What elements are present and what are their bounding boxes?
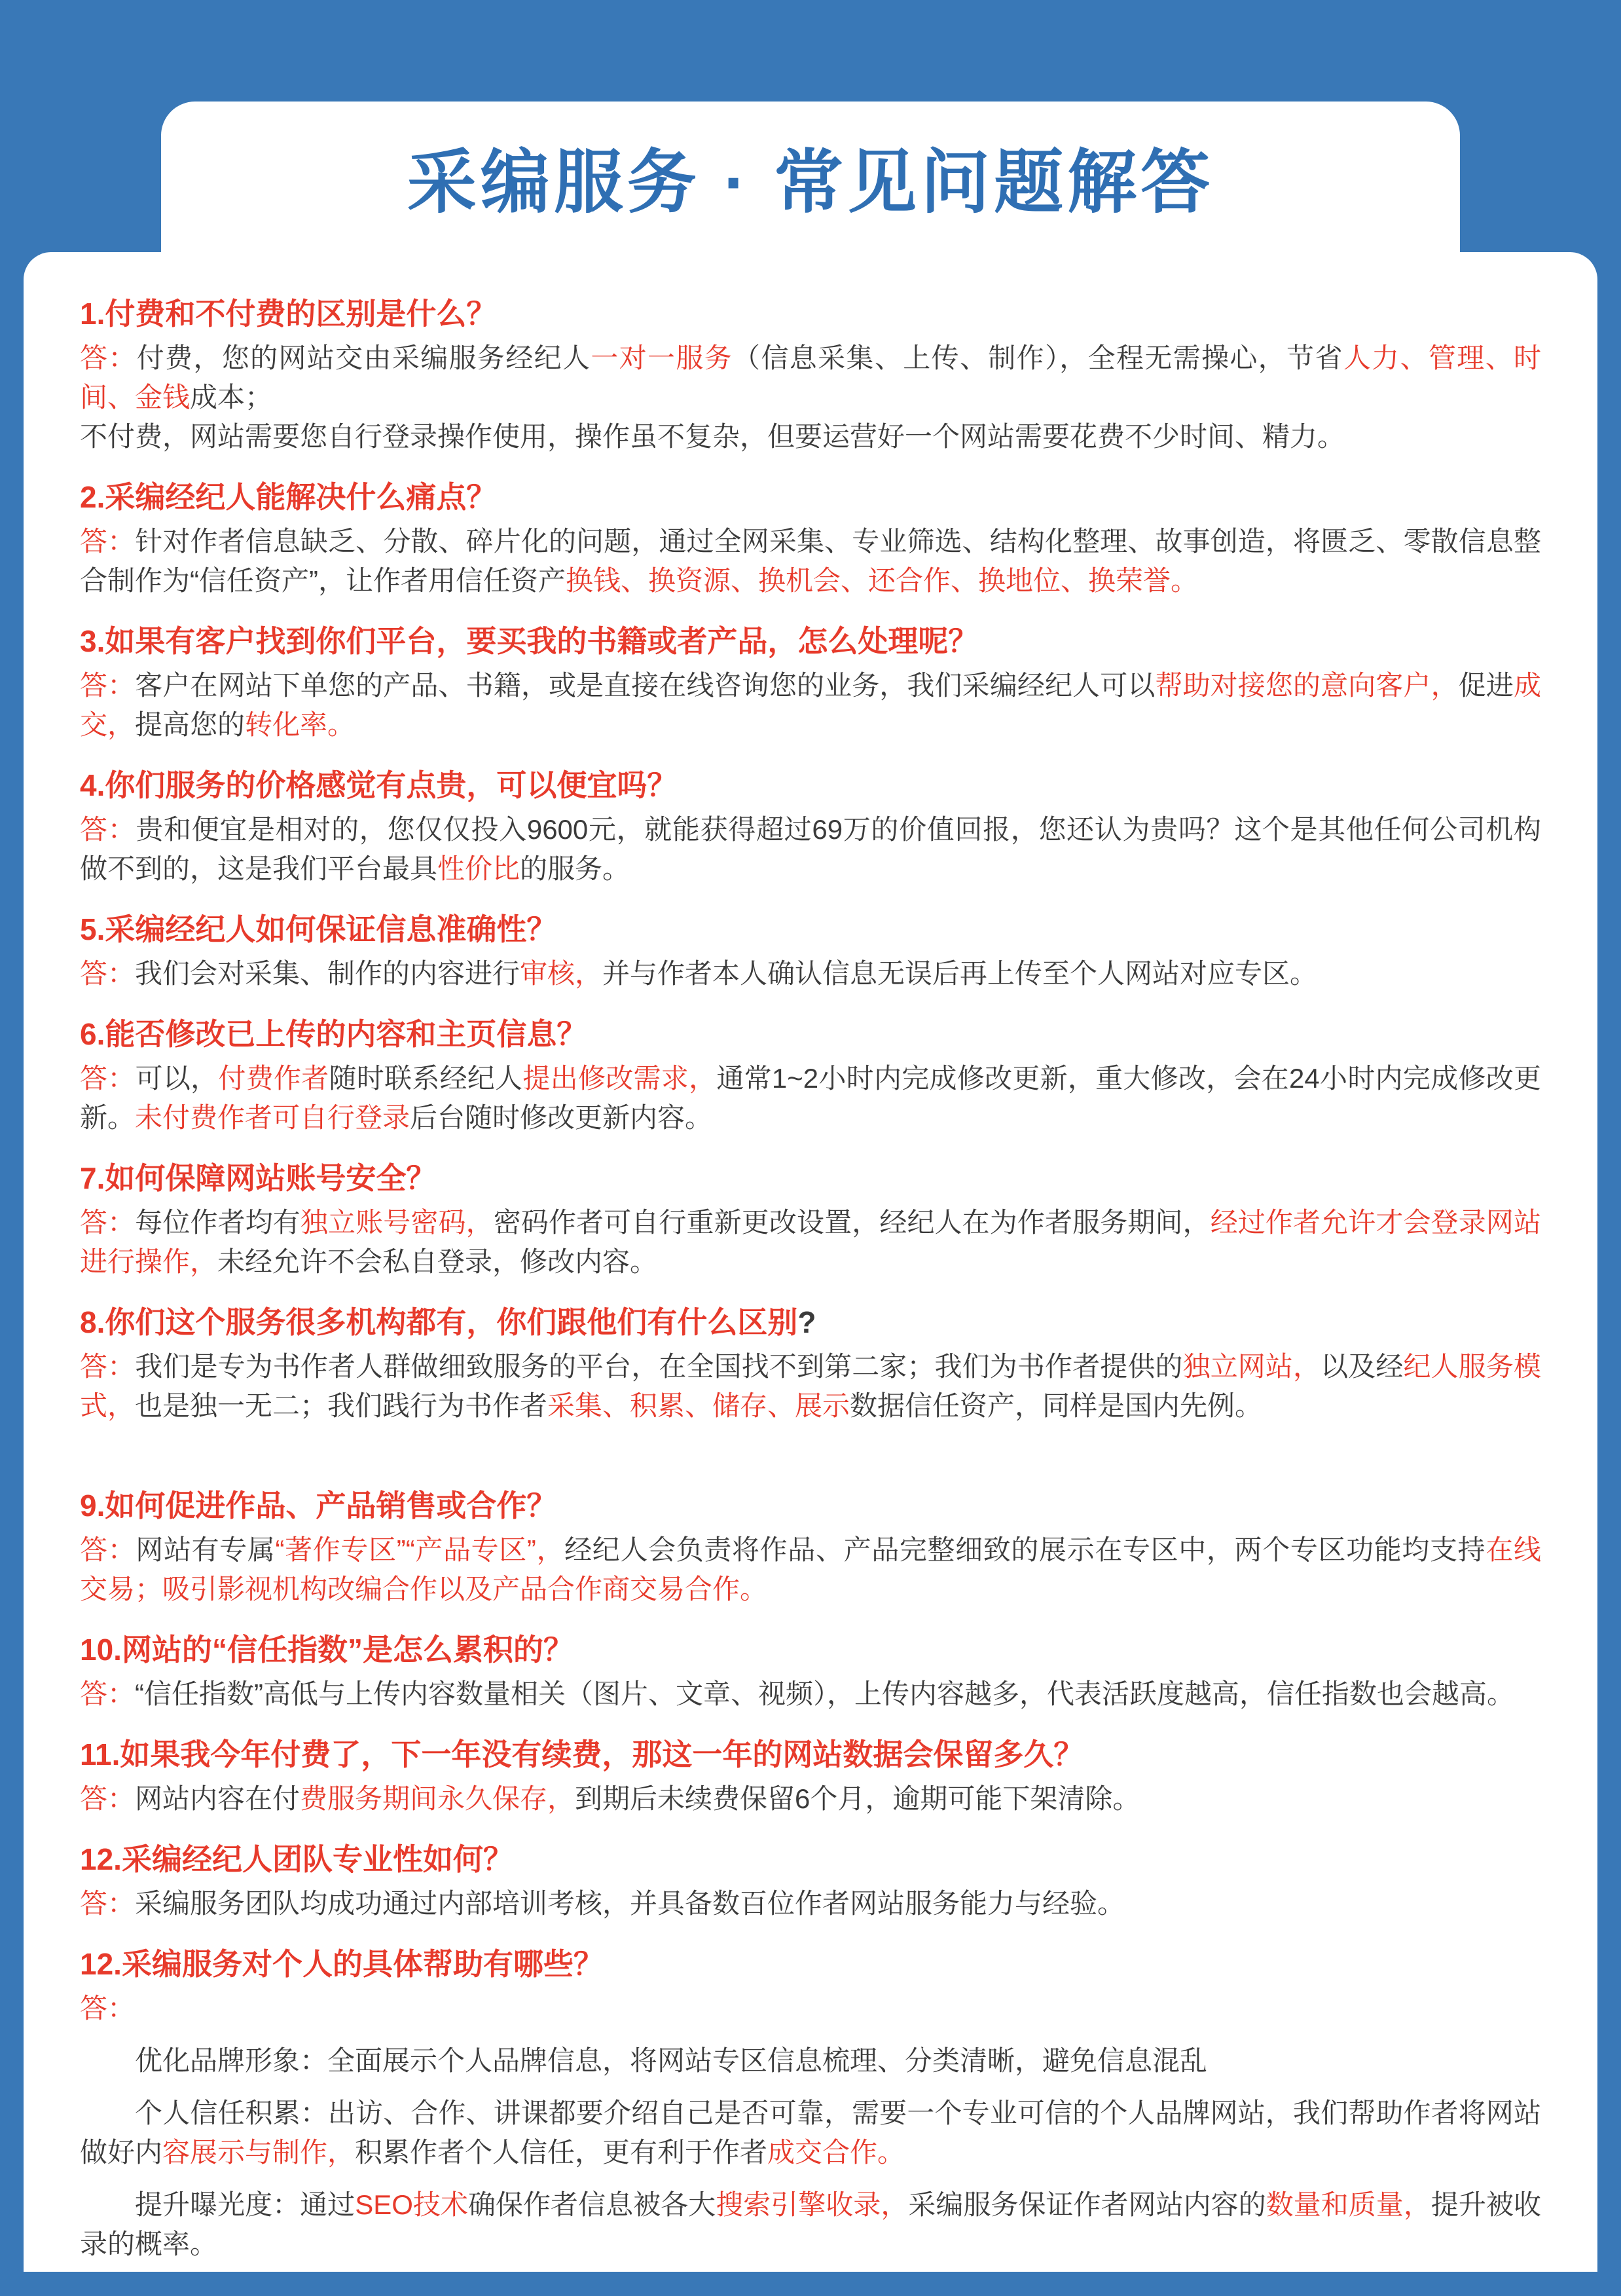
text-run: 成交合作。 [767,2137,905,2168]
text-run: 11.如果我今年付费了，下一年没有续费，那这一年的网站数据会保留多久？ [80,1737,1084,1771]
text-run: “信任指数”高低与上传内容数量相关（图片、文章、视频），上传内容越多，代表活跃度… [135,1678,1514,1709]
faq-question: 12.采编服务对个人的具体帮助有哪些？ [80,1944,1541,1984]
text-run: 答： [80,1993,135,2024]
faq-question: 1.付费和不付费的区别是什么？ [80,294,1541,333]
text-run: 答： [80,1888,135,1919]
faq-item: 8.你们这个服务很多机构都有，你们跟他们有什么区别?答：我们是专为书作者人群做细… [80,1303,1541,1426]
text-run: 容展示与制作， [162,2137,355,2168]
faq-question: 6.能否修改已上传的内容和主页信息？ [80,1014,1541,1054]
page-title: 采编服务 · 常见问题解答 [407,127,1214,227]
text-run: 提高您的 [135,709,245,740]
faq-question: 12.采编经纪人团队专业性如何？ [80,1840,1541,1879]
text-run: 换钱、换资源、换机会、还合作、换地位、换荣誉。 [566,565,1198,596]
text-run: 网站内容在付 [135,1783,300,1814]
text-run: 独立网站， [1183,1351,1321,1382]
text-run: 答： [80,1678,135,1709]
text-run: 到期后未续费保留6个月，逾期可能下架清除。 [575,1783,1140,1814]
text-run: 数量和质量， [1266,2189,1431,2220]
faq-answer-paragraph: 答：我们是专为书作者人群做细致服务的平台，在全国找不到第二家；我们为书作者提供的… [80,1347,1541,1426]
text-run: 提出修改需求， [522,1063,716,1094]
text-run: 我们会对采集、制作的内容进行 [135,958,520,989]
text-run: （信息采集、上传、制作），全程无需操心，节省 [733,343,1343,373]
faq-answer-paragraph: 优化品牌形象：全面展示个人品牌信息，将网站专区信息梳理、分类清晰，避免信息混乱 [80,2041,1541,2081]
faq-item: 3.如果有客户找到你们平台，要买我的书籍或者产品，怎么处理呢？答：客户在网站下单… [80,621,1541,745]
text-run: 答： [80,1351,135,1382]
faq-question: 7.如何保障网站账号安全？ [80,1158,1541,1198]
text-run: 促进 [1459,670,1514,701]
faq-answer-paragraph: 答：付费，您的网站交由采编服务经纪人一对一服务（信息采集、上传、制作），全程无需… [80,339,1541,417]
text-run: 10.网站的“信任指数”是怎么累积的？ [80,1633,574,1667]
faq-question: 5.采编经纪人如何保证信息准确性？ [80,910,1541,949]
text-run: 可以， [136,1063,219,1094]
text-run: 2.采编经纪人能解决什么痛点？ [80,480,496,514]
faq-answer-paragraph: 答：我们会对采集、制作的内容进行审核，并与作者本人确认信息无误后再上传至个人网站… [80,954,1541,993]
text-run: 并与作者本人确认信息无误后再上传至个人网站对应专区。 [602,958,1317,989]
text-run: 未经允许不会私自登录，修改内容。 [217,1246,657,1277]
text-run: 付费作者 [218,1063,329,1094]
faq-question: 8.你们这个服务很多机构都有，你们跟他们有什么区别? [80,1303,1541,1342]
text-run: 转化率。 [245,709,355,740]
text-run: 也是独一无二；我们践行为书作者 [135,1390,547,1421]
text-run: 答： [80,958,135,989]
faq-item: 12.采编服务对个人的具体帮助有哪些？答：优化品牌形象：全面展示个人品牌信息，将… [80,1944,1541,2264]
text-run: 密码作者可自行重新更改设置，经纪人在为作者服务期间， [494,1207,1211,1238]
faq-question: 4.你们服务的价格感觉有点贵，可以便宜吗？ [80,766,1541,805]
faq-item: 11.如果我今年付费了，下一年没有续费，那这一年的网站数据会保留多久？答：网站内… [80,1735,1541,1819]
faq-question: 10.网站的“信任指数”是怎么累积的？ [80,1630,1541,1669]
faq-item: 1.付费和不付费的区别是什么？答：付费，您的网站交由采编服务经纪人一对一服务（信… [80,294,1541,456]
faq-answer-paragraph: 答：网站有专属“著作专区”“产品专区”，经纪人会负责将作品、产品完整细致的展示在… [80,1530,1541,1609]
text-run: ? [797,1305,816,1339]
text-run: 4.你们服务的价格感觉有点贵，可以便宜吗？ [80,768,677,802]
faq-answer-paragraph: 答：客户在网站下单您的产品、书籍，或是直接在线咨询您的业务，我们采编经纪人可以帮… [80,666,1541,745]
text-run: 积累作者个人信任，更有利于作者 [355,2137,767,2168]
faq-answer-paragraph: 答：每位作者均有独立账号密码，密码作者可自行重新更改设置，经纪人在为作者服务期间… [80,1203,1541,1282]
text-run: 1.付费和不付费的区别是什么？ [80,297,496,331]
faq-question: 3.如果有客户找到你们平台，要买我的书籍或者产品，怎么处理呢？ [80,621,1541,661]
text-run: 随时联系经纪人 [329,1063,523,1094]
text-run: 8.你们这个服务很多机构都有，你们跟他们有什么区别 [80,1305,797,1339]
faq-item: 10.网站的“信任指数”是怎么累积的？答：“信任指数”高低与上传内容数量相关（图… [80,1630,1541,1714]
text-run: 提升曝光度：通过 [135,2189,355,2220]
text-run: 答： [80,1783,135,1814]
text-run: 答： [80,1063,136,1094]
text-run: 搜索引擎收录， [716,2189,908,2220]
text-run: 5.采编经纪人如何保证信息准确性？ [80,912,556,946]
text-run: 审核， [520,958,602,989]
text-run: 我们是专为书作者人群做细致服务的平台，在全国找不到第二家；我们为书作者提供的 [135,1351,1182,1382]
faq-question: 11.如果我今年付费了，下一年没有续费，那这一年的网站数据会保留多久？ [80,1735,1541,1774]
text-run: 6.能否修改已上传的内容和主页信息？ [80,1017,587,1051]
faq-answer-paragraph: 个人信任积累：出访、合作、讲课都要介绍自己是否可靠，需要一个专业可信的个人品牌网… [80,2094,1541,2172]
text-run: 以及经 [1320,1351,1403,1382]
faq-answer-paragraph: 答： [80,1989,1541,2028]
text-run: 每位作者均有 [135,1207,301,1238]
faq-answer-paragraph: 不付费，网站需要您自行登录操作使用，操作虽不复杂，但要运营好一个网站需要花费不少… [80,417,1541,456]
faq-item: 7.如何保障网站账号安全？答：每位作者均有独立账号密码，密码作者可自行重新更改设… [80,1158,1541,1282]
text-run: 12.采编经纪人团队专业性如何？ [80,1842,513,1876]
text-run: 帮助对接您的意向客户， [1155,670,1458,701]
faq-answer-paragraph: 答：网站内容在付费服务期间永久保存，到期后未续费保留6个月，逾期可能下架清除。 [80,1779,1541,1819]
faq-answer-paragraph: 答：“信任指数”高低与上传内容数量相关（图片、文章、视频），上传内容越多，代表活… [80,1675,1541,1714]
text-run: 的服务。 [520,853,630,884]
faq-item: 5.采编经纪人如何保证信息准确性？答：我们会对采集、制作的内容进行审核，并与作者… [80,910,1541,993]
text-run: 答： [80,670,135,701]
text-run: 客户在网站下单您的产品、书籍，或是直接在线咨询您的业务，我们采编经纪人可以 [135,670,1155,701]
poster-background: { "page": { "title": "采编服务 · 常见问题解答" }, … [0,0,1621,2296]
faq-question: 9.如何促进作品、产品销售或合作？ [80,1486,1541,1525]
content-card: 1.付费和不付费的区别是什么？答：付费，您的网站交由采编服务经纪人一对一服务（信… [24,252,1597,2272]
faq-answer-paragraph: 答：采编服务团队均成功通过内部培训考核，并具备数百位作者网站服务能力与经验。 [80,1884,1541,1923]
text-run: 采编服务团队均成功通过内部培训考核，并具备数百位作者网站服务能力与经验。 [135,1888,1125,1919]
text-run: 付费，您的网站交由采编服务经纪人 [137,343,591,373]
text-run: 答： [80,343,137,373]
text-run: 一对一服务 [591,343,733,373]
text-run: 不付费，网站需要您自行登录操作使用，操作虽不复杂，但要运营好一个网站需要花费不少… [80,421,1345,452]
title-tab: 采编服务 · 常见问题解答 [161,102,1460,252]
text-run: 成本； [190,382,272,413]
faq-answer-paragraph: 答：贵和便宜是相对的，您仅仅投入9600元，就能获得超过69万的价值回报，您还认… [80,810,1541,889]
text-run: 答： [80,1534,136,1565]
faq-item: 12.采编经纪人团队专业性如何？答：采编服务团队均成功通过内部培训考核，并具备数… [80,1840,1541,1923]
text-run: 费服务期间永久保存， [300,1783,575,1814]
text-run: 网站有专属 [136,1534,275,1565]
text-run: 采编服务保证作者网站内容的 [908,2189,1266,2220]
faq-item: 9.如何促进作品、产品销售或合作？答：网站有专属“著作专区”“产品专区”，经纪人… [80,1486,1541,1609]
text-run: 独立账号密码， [301,1207,494,1238]
text-run: “著作专区”“产品专区”， [276,1534,565,1565]
faq-item: 6.能否修改已上传的内容和主页信息？答：可以，付费作者随时联系经纪人提出修改需求… [80,1014,1541,1138]
text-run: 12.采编服务对个人的具体帮助有哪些？ [80,1947,604,1981]
faq-answer-paragraph: 答：针对作者信息缺乏、分散、碎片化的问题，通过全网采集、专业筛选、结构化整理、故… [80,522,1541,601]
text-run: 数据信任资产，同样是国内先例。 [850,1390,1262,1421]
text-run: 3.如果有客户找到你们平台，要买我的书籍或者产品，怎么处理呢？ [80,624,978,658]
text-run: 答： [80,814,136,845]
faq-item: 2.采编经纪人能解决什么痛点？答：针对作者信息缺乏、分散、碎片化的问题，通过全网… [80,477,1541,601]
text-run: 未付费作者可自行登录 [135,1102,410,1133]
faq-list: 1.付费和不付费的区别是什么？答：付费，您的网站交由采编服务经纪人一对一服务（信… [80,294,1541,2264]
text-run: 贵和便宜是相对的，您仅仅投入9600元，就能获得超过69万的价值回报，您还认为贵… [80,814,1541,884]
faq-answer-paragraph: 提升曝光度：通过SEO技术确保作者信息被各大搜索引擎收录，采编服务保证作者网站内… [80,2185,1541,2264]
text-run: 答： [80,526,135,557]
text-run: 经纪人会负责将作品、产品完整细致的展示在专区中，两个专区功能均支持 [564,1534,1485,1565]
text-run: 答： [80,1207,135,1238]
text-run: 优化品牌形象：全面展示个人品牌信息，将网站专区信息梳理、分类清晰，避免信息混乱 [135,2045,1207,2076]
text-run: 后台随时修改更新内容。 [410,1102,712,1133]
text-run: 确保作者信息被各大 [468,2189,716,2220]
faq-item: 4.你们服务的价格感觉有点贵，可以便宜吗？答：贵和便宜是相对的，您仅仅投入960… [80,766,1541,889]
text-run: 采集、积累、储存、展示 [547,1390,850,1421]
text-run: 9.如何促进作品、产品销售或合作？ [80,1489,556,1523]
text-run: SEO技术 [355,2189,468,2220]
faq-question: 2.采编经纪人能解决什么痛点？ [80,477,1541,517]
faq-answer-paragraph: 答：可以，付费作者随时联系经纪人提出修改需求，通常1~2小时内完成修改更新，重大… [80,1059,1541,1138]
text-run: 性价比 [437,853,520,884]
text-run: 7.如何保障网站账号安全？ [80,1161,436,1195]
